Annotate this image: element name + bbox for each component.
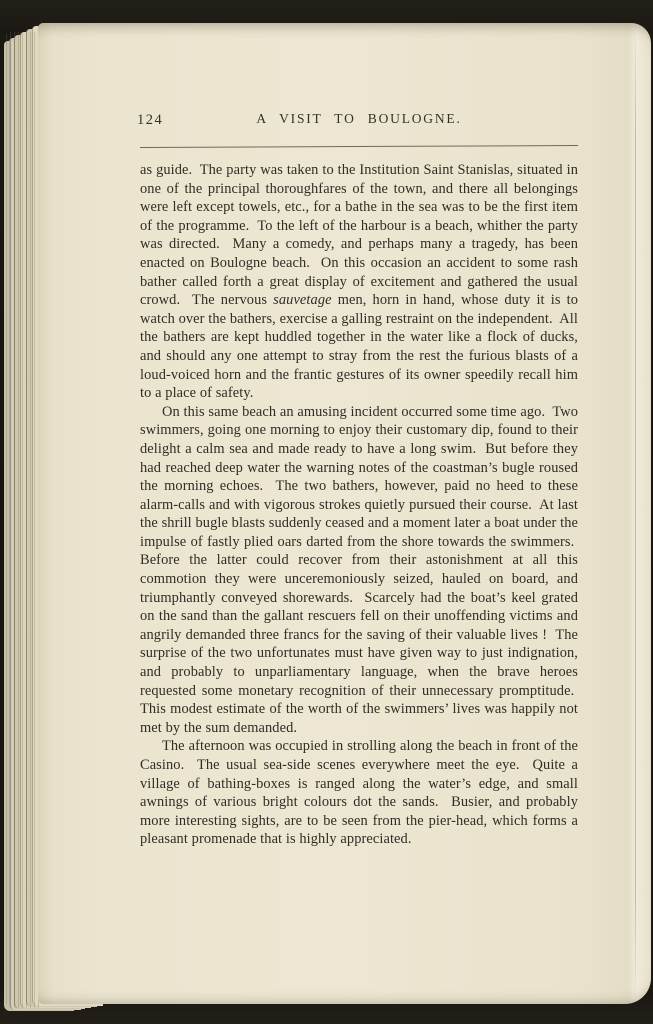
- page-header: 124 A VISIT TO BOULOGNE.: [140, 111, 578, 130]
- paragraph-1-text-before: as guide. The party was taken to the Ins…: [140, 162, 578, 308]
- book-page: 124 A VISIT TO BOULOGNE. as guide. The p…: [38, 23, 651, 1004]
- page-text: as guide. The party was taken to the Ins…: [140, 161, 578, 849]
- paragraph-3: The afternoon was occupied in strolling …: [140, 737, 578, 849]
- page-content: 124 A VISIT TO BOULOGNE. as guide. The p…: [140, 23, 578, 849]
- book-photo: 124 A VISIT TO BOULOGNE. as guide. The p…: [0, 0, 653, 1024]
- running-title: A VISIT TO BOULOGNE.: [140, 111, 578, 127]
- gutter-crease: [635, 23, 636, 1004]
- paragraph-1: as guide. The party was taken to the Ins…: [140, 161, 578, 403]
- header-rule: [140, 145, 578, 148]
- paragraph-2: On this same beach an amusing incident o…: [140, 403, 578, 738]
- paragraph-1-text-after: men, horn in hand, whose duty it is to w…: [140, 292, 578, 401]
- page-number: 124: [137, 112, 163, 129]
- italic-word-sauvetage: sauvetage: [273, 292, 331, 308]
- page-edge-stack-lines: [6, 32, 40, 1008]
